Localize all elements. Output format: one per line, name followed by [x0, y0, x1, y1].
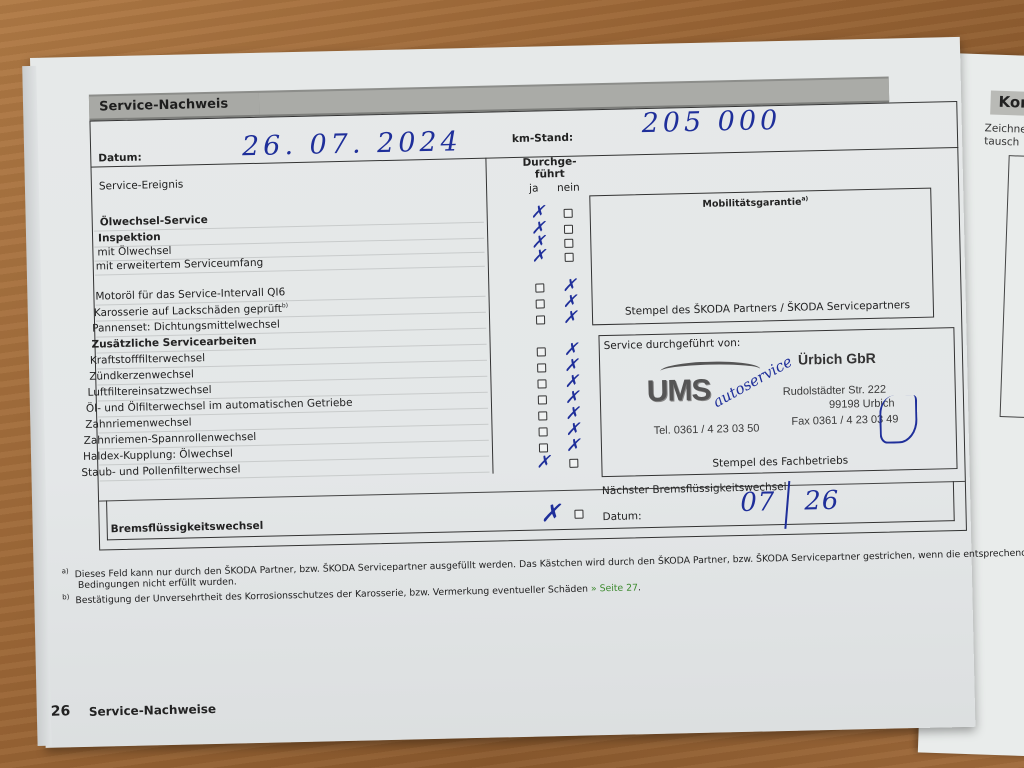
done-header: Durchge-führt	[522, 156, 577, 181]
signature	[879, 395, 918, 444]
section-title: Service-Nachweis	[89, 93, 259, 119]
checkmark-nein[interactable]: ✗	[566, 439, 581, 453]
checkbox-ja[interactable]	[537, 347, 546, 356]
checkbox-ja[interactable]	[538, 411, 547, 420]
company-phone: Tel. 0361 / 4 23 03 50	[653, 423, 759, 437]
service-item-label: Ölwechsel-Service	[100, 214, 208, 228]
brake-yes-checkmark[interactable]: ✗	[540, 506, 560, 520]
company-name: Ürbich GbR	[798, 350, 876, 368]
checkbox-ja[interactable]	[539, 427, 548, 436]
mobility-guarantee-box: Mobilitätsgarantiea) Stempel des ŠKODA P…	[589, 188, 934, 326]
facing-page-title: Korr	[990, 90, 1024, 117]
service-item-label: Zahnriemenwechsel	[85, 416, 192, 430]
date-value[interactable]: 26. 07. 2024	[242, 126, 462, 162]
checkbox-ja[interactable]	[535, 283, 544, 292]
km-label: km-Stand:	[512, 132, 573, 145]
checkbox-ja[interactable]	[536, 315, 545, 324]
checkbox-nein[interactable]	[569, 459, 578, 468]
checkbox-ja[interactable]	[536, 299, 545, 308]
checkbox-nein[interactable]	[564, 209, 573, 218]
company-street: Rudolstädter Str. 222	[783, 384, 887, 398]
service-performed-label: Service durchgeführt von:	[604, 337, 741, 352]
page-link[interactable]: » Seite 27	[591, 582, 638, 594]
footnote-a: a) Dieses Feld kann nur durch den ŠKODA …	[62, 545, 1024, 580]
next-brake-year[interactable]: 26	[804, 486, 840, 517]
service-event-label: Service-Ereignis	[99, 179, 184, 193]
service-booklet-page: Service-Nachweis Datum: 26. 07. 2024 km-…	[30, 37, 975, 748]
km-value[interactable]: 205 000	[641, 105, 781, 139]
facing-page-box	[1000, 155, 1024, 420]
checkmark-ja[interactable]: ✗	[531, 249, 546, 263]
checkmark-ja[interactable]: ✗	[536, 455, 551, 469]
checkbox-ja[interactable]	[537, 363, 546, 372]
page-section-name: Service-Nachweise	[89, 702, 217, 719]
checkbox-ja[interactable]	[539, 443, 548, 452]
ums-logo: UMS	[646, 374, 710, 409]
service-item-label: mit Ölwechsel	[97, 245, 171, 259]
mobility-title: Mobilitätsgarantiea)	[702, 195, 808, 210]
checkbox-ja[interactable]	[538, 395, 547, 404]
checkbox-nein[interactable]	[565, 253, 574, 262]
next-brake-month[interactable]: 07	[740, 487, 776, 518]
mobility-stamp-caption: Stempel des ŠKODA Partners / ŠKODA Servi…	[625, 299, 910, 317]
checkmark-nein[interactable]: ✗	[563, 311, 578, 325]
service-performed-box: Service durchgeführt von: UMS autoservic…	[598, 327, 957, 477]
page-number: 26	[51, 703, 71, 719]
no-column-label: nein	[557, 182, 580, 195]
checkbox-ja[interactable]	[537, 379, 546, 388]
facing-page-subtitle: Zeichnetausch	[984, 122, 1024, 149]
workshop-stamp-caption: Stempel des Fachbetriebs	[712, 455, 848, 470]
service-item-label: Inspektion	[98, 231, 161, 244]
date-label: Datum:	[98, 151, 142, 164]
checkbox-nein[interactable]	[564, 225, 573, 234]
brake-no-checkbox[interactable]	[574, 510, 583, 519]
next-brake-date-label: Datum:	[602, 510, 641, 523]
checkbox-nein[interactable]	[564, 239, 573, 248]
yes-column-label: ja	[529, 182, 539, 194]
footnote-a-cont: Bedingungen nicht erfüllt wurden.	[78, 576, 237, 591]
service-item-label: Zündkerzenwechsel	[89, 368, 194, 382]
